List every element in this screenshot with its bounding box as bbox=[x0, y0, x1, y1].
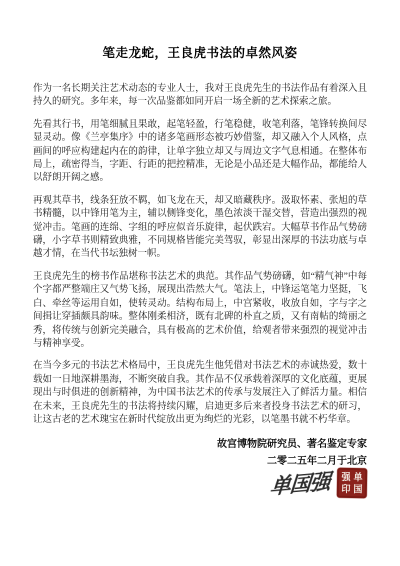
signature-seal-icon: 强 单 印 国 bbox=[337, 468, 368, 499]
body-paragraph-5: 在当今多元的书法艺术格局中，王良虎先生他凭借对书法艺术的赤诚热爱，数十载如一日地… bbox=[33, 360, 367, 427]
body-paragraph-3: 再观其草书，线条狂放不羁，如飞龙在天，却又暗藏秩序。汲取怀素、张旭的草书精髓，以… bbox=[33, 195, 367, 262]
page-title: 笔走龙蛇，王良虎书法的卓然风姿 bbox=[33, 46, 367, 61]
seal-char: 强 bbox=[341, 472, 350, 483]
body-paragraph-2: 先看其行书，用笔细腻且果敢，起笔轻盈，行笔稳健，收笔利落，笔锋转换间尽显灵动。像… bbox=[33, 119, 367, 186]
article-page: 笔走龙蛇，王良虎书法的卓然风姿 作为一名长期关注艺术动态的专业人士，我对王良虎先… bbox=[0, 0, 400, 566]
seal-char: 单 bbox=[353, 472, 362, 483]
body-paragraph-4: 王良虎先生的榜书作品堪称书法艺术的典范。其作品气势磅礴，如“精气神”中每个字都严… bbox=[33, 271, 367, 351]
bottom-margin bbox=[33, 503, 367, 504]
handwritten-signature: 单国强 bbox=[269, 466, 331, 502]
body-paragraph-1: 作为一名长期关注艺术动态的专业人士，我对王良虎先生的书法作品有着深入且持久的研究… bbox=[33, 83, 367, 110]
signoff-byline: 故宫博物院研究员、著名鉴定专家 bbox=[33, 436, 367, 453]
signature-row: 单国强 强 单 印 国 bbox=[33, 463, 367, 503]
seal-char: 国 bbox=[353, 484, 362, 495]
seal-char: 印 bbox=[341, 484, 350, 495]
